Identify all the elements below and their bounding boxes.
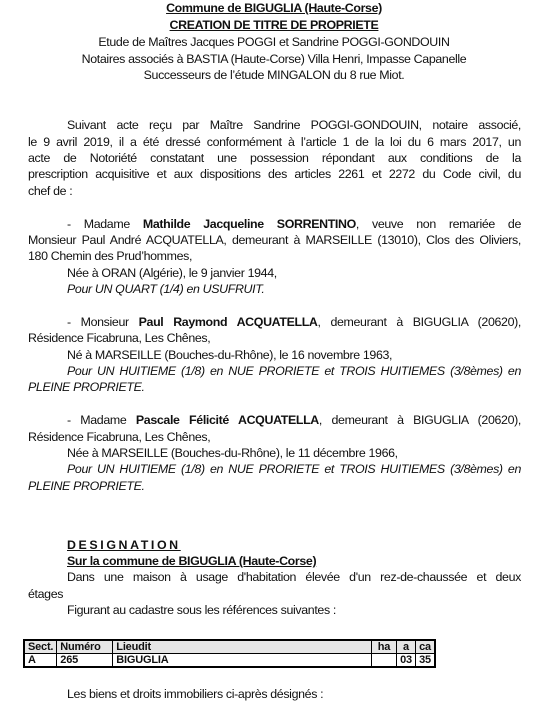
person-prefix: - Madame <box>67 217 143 231</box>
col-a: a <box>397 640 416 654</box>
table-row: A 265 BIGUGLIA 03 35 <box>24 654 435 668</box>
intro-line: chef de : <box>28 183 72 199</box>
person-line: Résidence Ficabruna, Les Chênes, <box>28 429 210 445</box>
person-share: Pour UN QUART (1/4) en USUFRUIT. <box>67 281 264 297</box>
header-etude: Etude de Maîtres Jacques POGGI et Sandri… <box>0 34 548 51</box>
col-numero: Numéro <box>57 640 113 654</box>
person-share-text: Pour UN QUART (1/4) en USUFRUIT. <box>67 282 264 296</box>
person-rest: , demeurant à BIGUGLIA (20620), <box>319 413 521 427</box>
person-share: PLEINE PROPRIETE. <box>28 379 145 395</box>
person-first-line: - Madame Pascale Félicité ACQUATELLA, de… <box>67 412 521 428</box>
header-commune-text: Commune de BIGUGLIA (Haute-Corse) <box>166 1 382 15</box>
person-prefix: - Madame <box>67 413 136 427</box>
cell-lieudit: BIGUGLIA <box>113 654 372 668</box>
person-rest: , demeurant à BIGUGLIA (20620), <box>318 315 521 329</box>
person-share-text: Pour UN HUITIEME (1/8) en NUE PRORIETE e… <box>67 462 521 476</box>
header-title: CREATION DE TITRE DE PROPRIETE <box>0 17 548 34</box>
person-birth: Née à ORAN (Algérie), le 9 janvier 1944, <box>67 265 277 281</box>
person-line: Monsieur Paul André ACQUATELLA, demeuran… <box>28 232 521 248</box>
cadastre-intro: Figurant au cadastre sous les références… <box>67 602 336 618</box>
cell-a: 03 <box>397 654 416 668</box>
intro-line: prescription acquisitive et aux disposit… <box>28 166 521 182</box>
person-first-line: - Madame Mathilde Jacqueline SORRENTINO,… <box>67 216 521 232</box>
header-title-text: CREATION DE TITRE DE PROPRIETE <box>170 18 379 32</box>
person-share-text: Pour UN HUITIEME (1/8) en NUE PRORIETE e… <box>67 364 521 378</box>
person-share: Pour UN HUITIEME (1/8) en NUE PRORIETE e… <box>67 363 521 379</box>
header-successeurs: Successeurs de l’étude MINGALON du 8 rue… <box>0 67 548 84</box>
designation-heading: DESIGNATION <box>67 537 181 553</box>
person-name: Paul Raymond ACQUATELLA <box>139 315 318 329</box>
header-commune: Commune de BIGUGLIA (Haute-Corse) <box>0 0 548 17</box>
person-first-line: - Monsieur Paul Raymond ACQUATELLA, deme… <box>67 314 521 330</box>
person-prefix: - Monsieur <box>67 315 139 329</box>
designation-desc-line: étages <box>28 586 63 602</box>
cell-ha <box>372 654 397 668</box>
cadastre-table-header: Sect. Numéro Lieudit ha a ca <box>24 640 435 654</box>
col-ca: ca <box>416 640 436 654</box>
cell-numero: 265 <box>57 654 113 668</box>
designation-subheading-text: Sur la commune de BIGUGLIA (Haute-Corse) <box>67 554 316 568</box>
col-ha: ha <box>372 640 397 654</box>
col-lieudit: Lieudit <box>113 640 372 654</box>
col-sect: Sect. <box>24 640 57 654</box>
person-share-text: PLEINE PROPRIETE. <box>28 479 145 493</box>
intro-line: acte de Notoriété constatant une possess… <box>28 150 521 166</box>
person-share: PLEINE PROPRIETE. <box>28 478 145 494</box>
designation-heading-text: DESIGNATION <box>67 538 181 552</box>
cell-ca: 35 <box>416 654 436 668</box>
intro-line: le 9 avril 2019, il a été dressé conform… <box>28 134 521 150</box>
header-notaires: Notaires associés à BASTIA (Haute-Corse)… <box>0 51 548 68</box>
cell-sect: A <box>24 654 57 668</box>
person-line: Résidence Ficabruna, Les Chênes, <box>28 330 210 346</box>
person-name: Mathilde Jacqueline SORRENTINO <box>143 217 356 231</box>
person-birth: Née à MARSEILLE (Bouches-du-Rhône), le 1… <box>67 445 398 461</box>
intro-line: Suivant acte reçu par Maître Sandrine PO… <box>67 117 521 133</box>
designation-subheading: Sur la commune de BIGUGLIA (Haute-Corse) <box>67 553 316 569</box>
person-birth: Né à MARSEILLE (Bouches-du-Rhône), le 16… <box>67 347 392 363</box>
person-line: 180 Chemin des Prud’hommes, <box>28 248 192 264</box>
cadastre-table: Sect. Numéro Lieudit ha a ca A 265 BIGUG… <box>23 639 436 668</box>
person-share: Pour UN HUITIEME (1/8) en NUE PRORIETE e… <box>67 461 521 477</box>
person-share-text: PLEINE PROPRIETE. <box>28 380 145 394</box>
designation-desc-line: Dans une maison à usage d'habitation éle… <box>67 569 521 585</box>
person-rest: , veuve non remariée de <box>356 217 521 231</box>
person-name: Pascale Félicité ACQUATELLA <box>136 413 319 427</box>
after-table-text: Les biens et droits immobiliers ci-après… <box>67 686 323 702</box>
